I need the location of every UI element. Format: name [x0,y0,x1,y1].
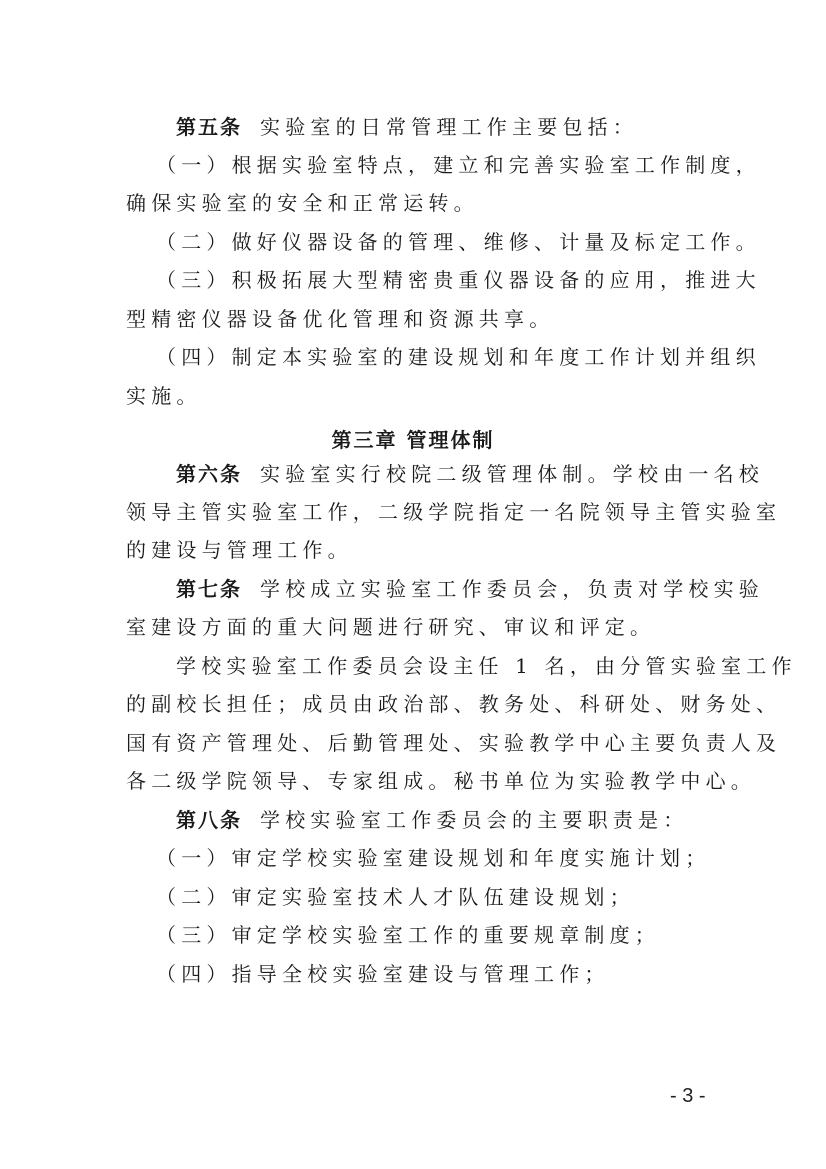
article-8-item-4: （四）指导全校实验室建设与管理工作； [156,961,736,987]
article-8-heading: 第八条学校实验室工作委员会的主要职责是： [176,807,706,833]
chapter-title: 第三章 管理体制 [0,424,826,453]
article-7-line-1: 第七条学校成立实验室工作委员会，负责对学校实验 [176,576,706,602]
article-label: 第八条 [176,808,242,832]
article-text: 实验室的日常管理工作主要包括： [260,115,638,139]
article-7-line-2: 室建设方面的重大问题进行研究、审议和评定。 [126,614,706,640]
article-5-item-1-line-2: 确保实验室的安全和正常运转。 [126,190,706,216]
article-label: 第六条 [176,462,242,486]
page-number: - 3 - [670,1085,706,1108]
article-text: 学校实验室工作委员会的主要职责是： [260,808,688,832]
article-label: 第五条 [176,115,242,139]
article-7-para2-line-4: 各二级学院领导、专家组成。秘书单位为实验教学中心。 [126,768,706,794]
article-7-para2-line-1: 学校实验室工作委员会设主任 1 名，由分管实验室工作 [176,653,706,679]
article-6-line-1: 第六条实验室实行校院二级管理体制。学校由一名校 [176,461,706,487]
document-page: 第五条实验室的日常管理工作主要包括： （一）根据实验室特点，建立和完善实验室工作… [0,0,826,1169]
article-text: 学校成立实验室工作委员会，负责对学校实验 [260,577,764,601]
article-5-item-1-line-1: （一）根据实验室特点，建立和完善实验室工作制度， [156,152,736,178]
article-6-line-3: 的建设与管理工作。 [126,537,706,563]
article-text: 实验室实行校院二级管理体制。学校由一名校 [260,462,764,486]
article-5-item-3-line-1: （三）积极拓展大型精密贵重仪器设备的应用，推进大 [156,267,736,293]
article-5-heading: 第五条实验室的日常管理工作主要包括： [176,114,706,140]
article-8-item-3: （三）审定学校实验室工作的重要规章制度； [156,922,736,948]
article-5-item-4-line-2: 实施。 [126,383,706,409]
article-8-item-2: （二）审定实验室技术人才队伍建设规划； [156,884,736,910]
article-5-item-3-line-2: 型精密仪器设备优化管理和资源共享。 [126,306,706,332]
article-label: 第七条 [176,577,242,601]
article-5-item-2: （二）做好仪器设备的管理、维修、计量及标定工作。 [156,229,736,255]
article-7-para2-line-2: 的副校长担任；成员由政治部、教务处、科研处、财务处、 [126,691,706,717]
article-8-item-1: （一）审定学校实验室建设规划和年度实施计划； [156,845,736,871]
article-7-para2-line-3: 国有资产管理处、后勤管理处、实验教学中心主要负责人及 [126,730,706,756]
article-5-item-4-line-1: （四）制定本实验室的建设规划和年度工作计划并组织 [156,344,736,370]
article-6-line-2: 领导主管实验室工作，二级学院指定一名院领导主管实验室 [126,499,706,525]
